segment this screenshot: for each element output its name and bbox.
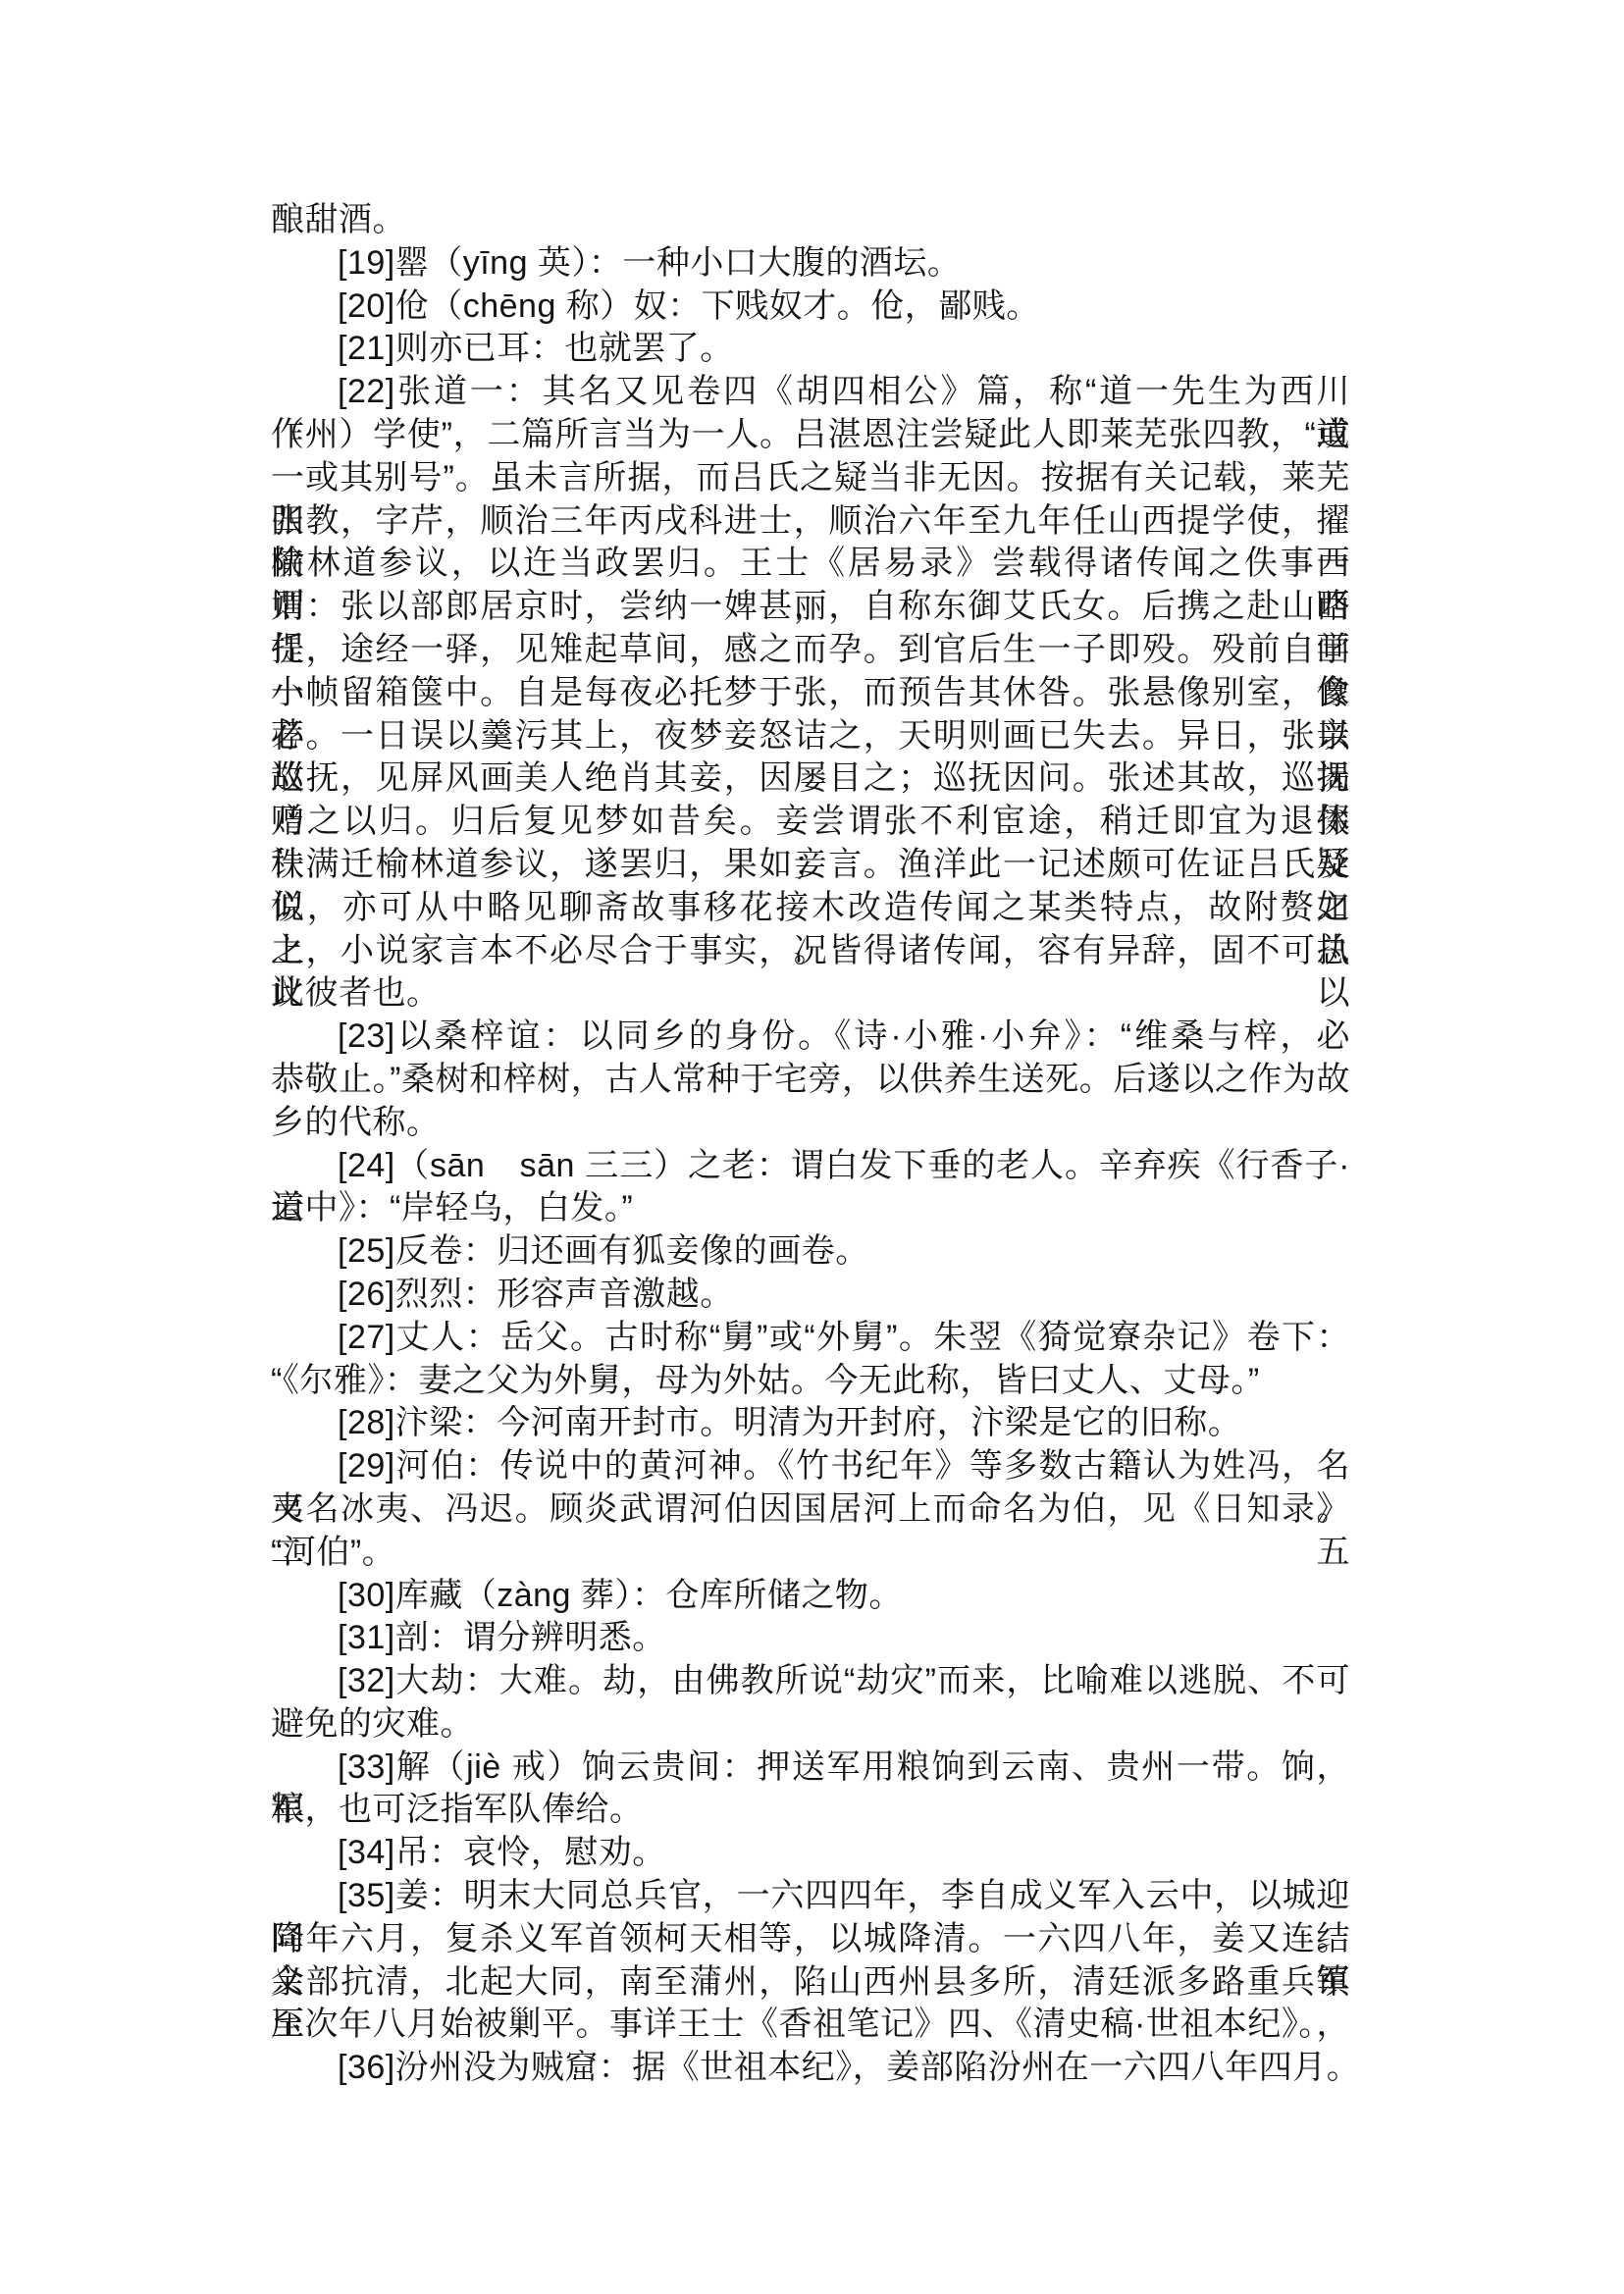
text-line: 巡抚，见屏风画美人绝肖其妾，因屡目之；巡抚因问。张述其故，巡抚乃掇 — [271, 757, 1350, 801]
text-line: [29]河伯：传说中的黄河神。《竹书纪年》等多数古籍认为姓冯，名夷。 — [271, 1445, 1350, 1488]
text-line: 作州）学使”，二篇所言当为一人。吕湛恩注尝疑此人即莱芜张四教，“道 — [271, 414, 1350, 457]
text-line: [24]（sān sān 三三）之老：谓白发下垂的老人。辛弃疾《行香子·云 — [271, 1145, 1350, 1188]
text-line: 避免的灾难。 — [271, 1703, 1350, 1747]
text-line: 荐。一日误以羹污其上，夜梦妾怒诘之，天明则画已失去。异日，张以故谒 — [271, 715, 1350, 758]
text-line: 之，小说家言本不必尽合于事实，况皆得诸传闻，容有异辞，固不可执此以 — [271, 930, 1350, 973]
text-line: 谓：张以部郎居京时，尝纳一婢甚丽，自称东御艾氏女。后携之赴山西提学 — [271, 586, 1350, 629]
text-line: “《尔雅》：妻之父为外舅，母为外姑。今无此称，皆曰丈人、丈母。” — [271, 1360, 1350, 1403]
text-line: 赠之以归。归后复见梦如昔矣。妾尝谓张不利宦途，稍迁即宜为退休计；及 — [271, 801, 1350, 844]
text-line: [23]以桑梓谊：以同乡的身份。《诗·小雅·小弁》：“维桑与梓，必 — [271, 1016, 1350, 1059]
text-line: [33]解（jiè 戒）饷云贵间：押送军用粮饷到云南、贵州一带。饷，军 — [271, 1747, 1350, 1790]
text-line: 榆林道参议，以迕当政罢归。王士《居易录》尝载得诸传闻之佚事一则，略 — [271, 543, 1350, 586]
text-line: [22]张道一：其名又见卷四《胡四相公》篇，称“道一先生为西川（或 — [271, 371, 1350, 414]
text-line: 又名冰夷、冯迟。顾炎武谓河伯因国居河上而命名为伯，见《日知录》二五 — [271, 1488, 1350, 1532]
text-line: [36]汾州没为贼窟：据《世祖本纪》，姜部陷汾州在一六四八年四月。 — [271, 2047, 1350, 2090]
text-line: [34]吊：哀怜，慰劝。 — [271, 1832, 1350, 1875]
text-line: [30]库藏（zàng 葬）：仓库所储之物。 — [271, 1575, 1350, 1618]
text-line: 同年六月，复杀义军首领柯天相等，以城降清。一六四八年，姜又连结义军 — [271, 1918, 1350, 1961]
text-line: [27]丈人：岳父。古时称“舅”或“外舅”。朱翌《猗觉寮杂记》卷下： — [271, 1317, 1350, 1360]
text-line: [32]大劫：大难。劫，由佛教所说“劫灾”而来，比喻难以逃脱、不可 — [271, 1660, 1350, 1703]
text-line: [28]汴梁：今河南开封市。明清为开封府，汴梁是它的旧称。 — [271, 1402, 1350, 1445]
text-line: 说，亦可从中略见聊斋故事移花接木改造传闻之某类特点，故附赘如上。总 — [271, 887, 1350, 930]
text-line: 秩满迁榆林道参议，遂罢归，果如妾言。渔洋此一记述颇可佐证吕氏疑似之 — [271, 844, 1350, 887]
text-line: [19]罂（yīng 英）：一种小口大腹的酒坛。 — [271, 242, 1350, 286]
text-line: 粮，也可泛指军队俸给。 — [271, 1789, 1350, 1832]
text-line: [35]姜：明末大同总兵官，一六四四年，李自成义军入云中，以城迎降。 — [271, 1875, 1350, 1918]
text-line: 乡的代称。 — [271, 1102, 1350, 1145]
text-line: 酿甜酒。 — [271, 199, 1350, 242]
text-line: 恭敬止。”桑树和梓树，古人常种于宅旁，以供养生送死。后遂以之作为故 — [271, 1059, 1350, 1102]
text-line: [31]剖：谓分辨明悉。 — [271, 1617, 1350, 1660]
text-line: 一或其别号”。虽未言所据，而吕氏之疑当非无因。按据有关记载，莱芜张 — [271, 457, 1350, 500]
text-line: 道中》：“岸轻乌，白发。” — [271, 1187, 1350, 1230]
text-line: [20]伧（chēng 称）奴：下贱奴才。伧，鄙贱。 — [271, 286, 1350, 329]
text-line: [21]则亦已耳：也就罢了。 — [271, 328, 1350, 371]
text-line: 四教，字芹，顺治三年丙戌科进士，顺治六年至九年任山西提学使，擢陕西 — [271, 500, 1350, 544]
text-line: [25]反卷：归还画有狐妾像的画卷。 — [271, 1230, 1350, 1274]
document-page: 酿甜酒。[19]罂（yīng 英）：一种小口大腹的酒坛。[20]伧（chēng … — [0, 0, 1624, 2294]
text-line: 至次年八月始被剿平。事详王士《香祖笔记》四、《清史稿·世祖本纪》。 — [271, 2004, 1350, 2047]
text-line: [26]烈烈：形容声音激越。 — [271, 1274, 1350, 1317]
annotations-text-block: 酿甜酒。[19]罂（yīng 英）：一种小口大腹的酒坛。[20]伧（chēng … — [271, 199, 1350, 2090]
text-line: 一帧留箱箧中。自是每夜必托梦于张，而预告其休咎。张悬像别室，食必亲 — [271, 672, 1350, 715]
text-line: 任，途经一驿，见雉起草间，感之而孕。到官后生一子即殁。殁前自画小像 — [271, 629, 1350, 672]
text-line: 余部抗清，北起大同，南至蒲州，陷山西州县多所，清廷派多路重兵镇压， — [271, 1961, 1350, 2005]
